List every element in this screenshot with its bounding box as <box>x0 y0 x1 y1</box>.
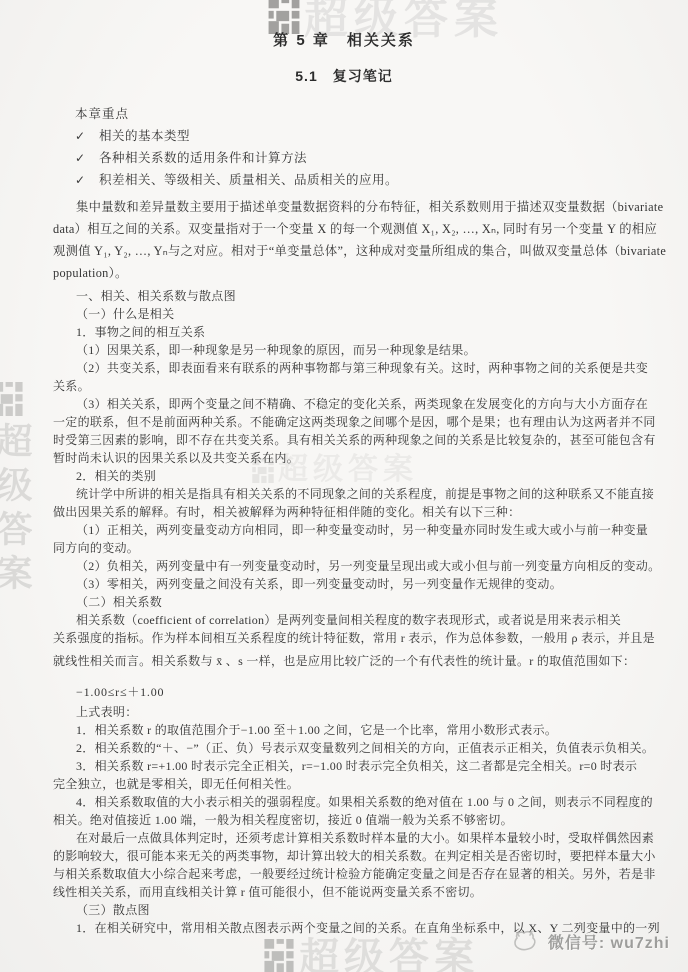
highlight-label: 各种相关系数的适用条件和计算方法 <box>99 147 307 169</box>
text-line: 2．相关系数的“＋、−”（正、负）号表示双变量数列之间相关的方向，正值表示正相关… <box>53 739 637 757</box>
text-line: 一定的联系，但不是前面两种关系。不能确定这两类现象之间哪个是因，哪个是果；也有理… <box>53 413 637 431</box>
text-line: 同方向的变动。 <box>53 539 637 557</box>
text-line: data）相互之间的关系。双变量指对于一个变量 X 的每一个观测值 X₁, X₂… <box>53 218 637 240</box>
wechat-id-label: 微信号: wu7zhi <box>548 930 670 953</box>
text-line: 1．相关系数 r 的取值范围介于−1.00 至＋1.00 之间，它是一个比率，常… <box>53 721 637 739</box>
list-item: ✓ 积差相关、等级相关、质量相关、品质相关的应用。 <box>75 169 635 191</box>
text-line: 完全独立，也就是零相关，即无任何相关性。 <box>53 775 637 793</box>
text-line: （二）相关系数 <box>53 593 637 611</box>
text-line: 线性相关关系，而用直线相关计算 r 值可能很小，但不能说两变量关系不密切。 <box>53 883 637 901</box>
text-line: 关系。 <box>53 377 637 395</box>
chapter-highlights: 本章重点 ✓ 相关的基本类型 ✓ 各种相关系数的适用条件和计算方法 ✓ 积差相关… <box>75 103 635 191</box>
text-line: 1．事物之间的相互关系 <box>53 323 637 341</box>
text-line: −1.00≤r≤＋1.00 <box>53 683 637 701</box>
section-title: 5.1 复习笔记 <box>0 66 688 86</box>
text-line: 上式表明： <box>53 703 637 721</box>
watermark-text: 超级答案 <box>0 422 38 598</box>
text-line: 在对最后一点做具体判定时，还须考虑计算相关系数时样本量的大小。如果样本量较小时，… <box>53 829 637 847</box>
check-icon: ✓ <box>75 125 99 147</box>
text-line: 一、相关、相关系数与散点图 <box>53 287 637 305</box>
text-line: （一）什么是相关 <box>53 305 637 323</box>
list-item: ✓ 各种相关系数的适用条件和计算方法 <box>75 147 635 169</box>
text-line: population）。 <box>53 262 637 284</box>
text-line: 集中量数和差异量数主要用于描述单变量数据资料的分布特征，相关系数则用于描述双变量… <box>53 196 637 218</box>
brand-logo-icon <box>264 939 294 972</box>
text-line: 统计学中所讲的相关是指具有相关关系的不同现象之间的关系程度，前提是事物之间的这种… <box>53 485 637 503</box>
chapter-title: 第 5 章 相关关系 <box>0 29 688 50</box>
text-line: （3）零相关，两列变量之间没有关系，即一列变量变动时，另一列变量作无规律的变动。 <box>53 575 637 593</box>
text-line: （1）因果关系，即一种现象是另一种现象的原因，而另一种现象是结果。 <box>53 341 637 359</box>
text-line: （1）正相关，两列变量变动方向相同，即一种变量变动时，另一种变量亦同时发生或大或… <box>53 521 637 539</box>
body-text: 一、相关、相关系数与散点图（一）什么是相关1．事物之间的相互关系（1）因果关系，… <box>53 287 637 937</box>
check-icon: ✓ <box>75 169 99 191</box>
brand-logo-icon <box>0 382 23 416</box>
text-line: （2）共变关系，即表面看来有联系的两种事物都与第三种现象有关。这时，两种事物之间… <box>53 359 637 377</box>
text-line: 做出因果关系的解释。有时，相关被解释为两种特征相伴随的变化。相关有以下三种： <box>53 503 637 521</box>
text-line: 暂时尚未认识的因果关系以及共变关系在内。 <box>53 449 637 467</box>
watermark-text: 超级答案 <box>299 936 479 972</box>
watermark-left: 超级答案 <box>0 382 38 598</box>
text-line: 的影响较大，很可能本来无关的两类事物，却计算出较大的相关系数。在判定相关是否密切… <box>53 847 637 865</box>
text-line: （三）散点图 <box>53 901 637 919</box>
text-line: 时受第三因素的影响，即不存在共变关系。具有相关关系的两种现象之间的关系是比较复杂… <box>53 431 637 449</box>
text-line: 相关。绝对值接近 1.00 端，一般为相关程度密切，接近 0 值端一般为关系不够… <box>53 811 637 829</box>
text-line: 观测值 Y₁, Y₂, …, Yₙ与之对应。相对于“单变量总体”，这种成对变量所… <box>53 240 637 262</box>
watermark-bottom: 超级答案 <box>264 936 479 972</box>
text-line: 3．相关系数 r=+1.00 时表示完全正相关，r=−1.00 时表示完全负相关… <box>53 757 637 775</box>
text-line: 相关系数（coefficient of correlation）是两列变量间相关… <box>53 611 637 629</box>
text-line: 4．相关系数取值的大小表示相关的强弱程度。如果相关系数的绝对值在 1.00 与 … <box>53 793 637 811</box>
highlight-label: 相关的基本类型 <box>99 125 190 147</box>
text-line: 与相关系数取值大小综合起来考虑，一般要经过统计检验方能确定变量之间是否存在显著的… <box>53 865 637 883</box>
text-line: 关系强度的指标。作为样本间相互关系程度的统计特征数，常用 r 表示，作为总体参数… <box>53 629 637 647</box>
text-line: （2）负相关，两列变量中有一列变量变动时，另一列变量呈现出或大或小但与前一列变量… <box>53 557 637 575</box>
doodle-cat-icon <box>511 929 541 953</box>
text-line: （3）相关关系，即两个变量之间不精确、不稳定的变化关系，两类现象在发展变化的方向… <box>53 395 637 413</box>
check-icon: ✓ <box>75 147 99 169</box>
intro-paragraph: 集中量数和差异量数主要用于描述单变量数据资料的分布特征，相关系数则用于描述双变量… <box>53 196 637 284</box>
list-item: ✓ 相关的基本类型 <box>75 125 635 147</box>
wechat-badge: 微信号: wu7zhi <box>511 929 670 953</box>
text-line: 就线性相关而言。相关系数与 x̄ 、s 一样，也是应用比较广泛的一个有代表性的统… <box>53 652 637 670</box>
highlights-heading: 本章重点 <box>75 103 635 125</box>
text-line: 2．相关的类别 <box>53 467 637 485</box>
scanned-document-page: 超级答案 超级答案 超级答案 超级答案 第 5 章 相关关系 5.1 复习笔记 … <box>0 0 688 972</box>
highlight-label: 积差相关、等级相关、质量相关、品质相关的应用。 <box>99 169 398 191</box>
